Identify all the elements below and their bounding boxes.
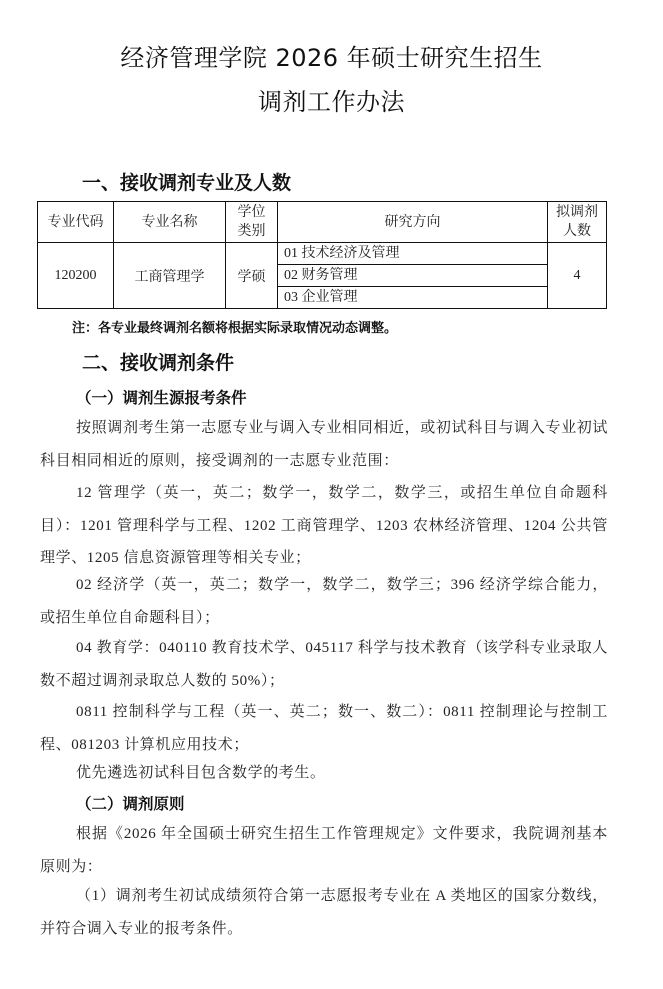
paragraph: 12 管理学（英一，英二；数学一，数学二，数学三，或招生单位自命题科目）：120… [40,477,608,575]
cell-code: 120200 [38,243,114,309]
quota-table: 专业代码 专业名称 学位 类别 研究方向 拟调剂 人数 120200 工商管理学… [37,201,607,309]
paragraph: 0811 控制科学与工程（英一、英二；数一、数二）：0811 控制理论与控制工程… [40,696,608,761]
table-header-row: 专业代码 专业名称 学位 类别 研究方向 拟调剂 人数 [38,202,607,243]
header-degree: 学位 类别 [226,202,278,243]
paragraph: 按照调剂考生第一志愿专业与调入专业相同相近，或初试科目与调入专业初试科目相同相近… [40,412,608,477]
cell-quota: 4 [548,243,607,309]
paragraph: （1）调剂考生初试成绩须符合第一志愿报考专业在 A 类地区的国家分数线，并符合调… [40,880,608,945]
cell-direction-1: 01 技术经济及管理 [278,243,548,265]
table-row: 120200 工商管理学 学硕 01 技术经济及管理 4 [38,243,607,265]
cell-direction-3: 03 企业管理 [278,287,548,309]
table-note: 注：各专业最终调剂名额将根据实际录取情况动态调整。 [72,317,397,336]
header-direction: 研究方向 [278,202,548,243]
paragraph: 根据《2026 年全国硕士研究生招生工作管理规定》文件要求，我院调剂基本原则为： [40,818,608,883]
header-quota-line2: 人数 [548,222,606,241]
subsection1-heading: （一）调剂生源报考条件 [76,386,247,408]
section1-heading: 一、接收调剂专业及人数 [82,168,291,195]
section2-heading: 二、接收调剂条件 [82,348,234,375]
header-quota-line1: 拟调剂 [548,203,606,222]
paragraph: 04 教育学：040110 教育技术学、045117 科学与技术教育（该学科专业… [40,632,608,697]
paragraph: 02 经济学（英一，英二；数学一，数学二，数学三；396 经济学综合能力，或招生… [40,569,608,634]
cell-name: 工商管理学 [114,243,226,309]
header-quota: 拟调剂 人数 [548,202,607,243]
cell-direction-2: 02 财务管理 [278,265,548,287]
document-title-line1: 经济管理学院 2026 年硕士研究生招生 [0,38,663,73]
header-code: 专业代码 [38,202,114,243]
document-title-line2: 调剂工作办法 [0,82,663,117]
subsection2-heading: （二）调剂原则 [76,792,185,814]
cell-degree: 学硕 [226,243,278,309]
paragraph: 优先遴选初试科目包含数学的考生。 [40,757,608,790]
header-degree-line1: 学位 [226,203,277,222]
header-degree-line2: 类别 [226,222,277,241]
header-name: 专业名称 [114,202,226,243]
